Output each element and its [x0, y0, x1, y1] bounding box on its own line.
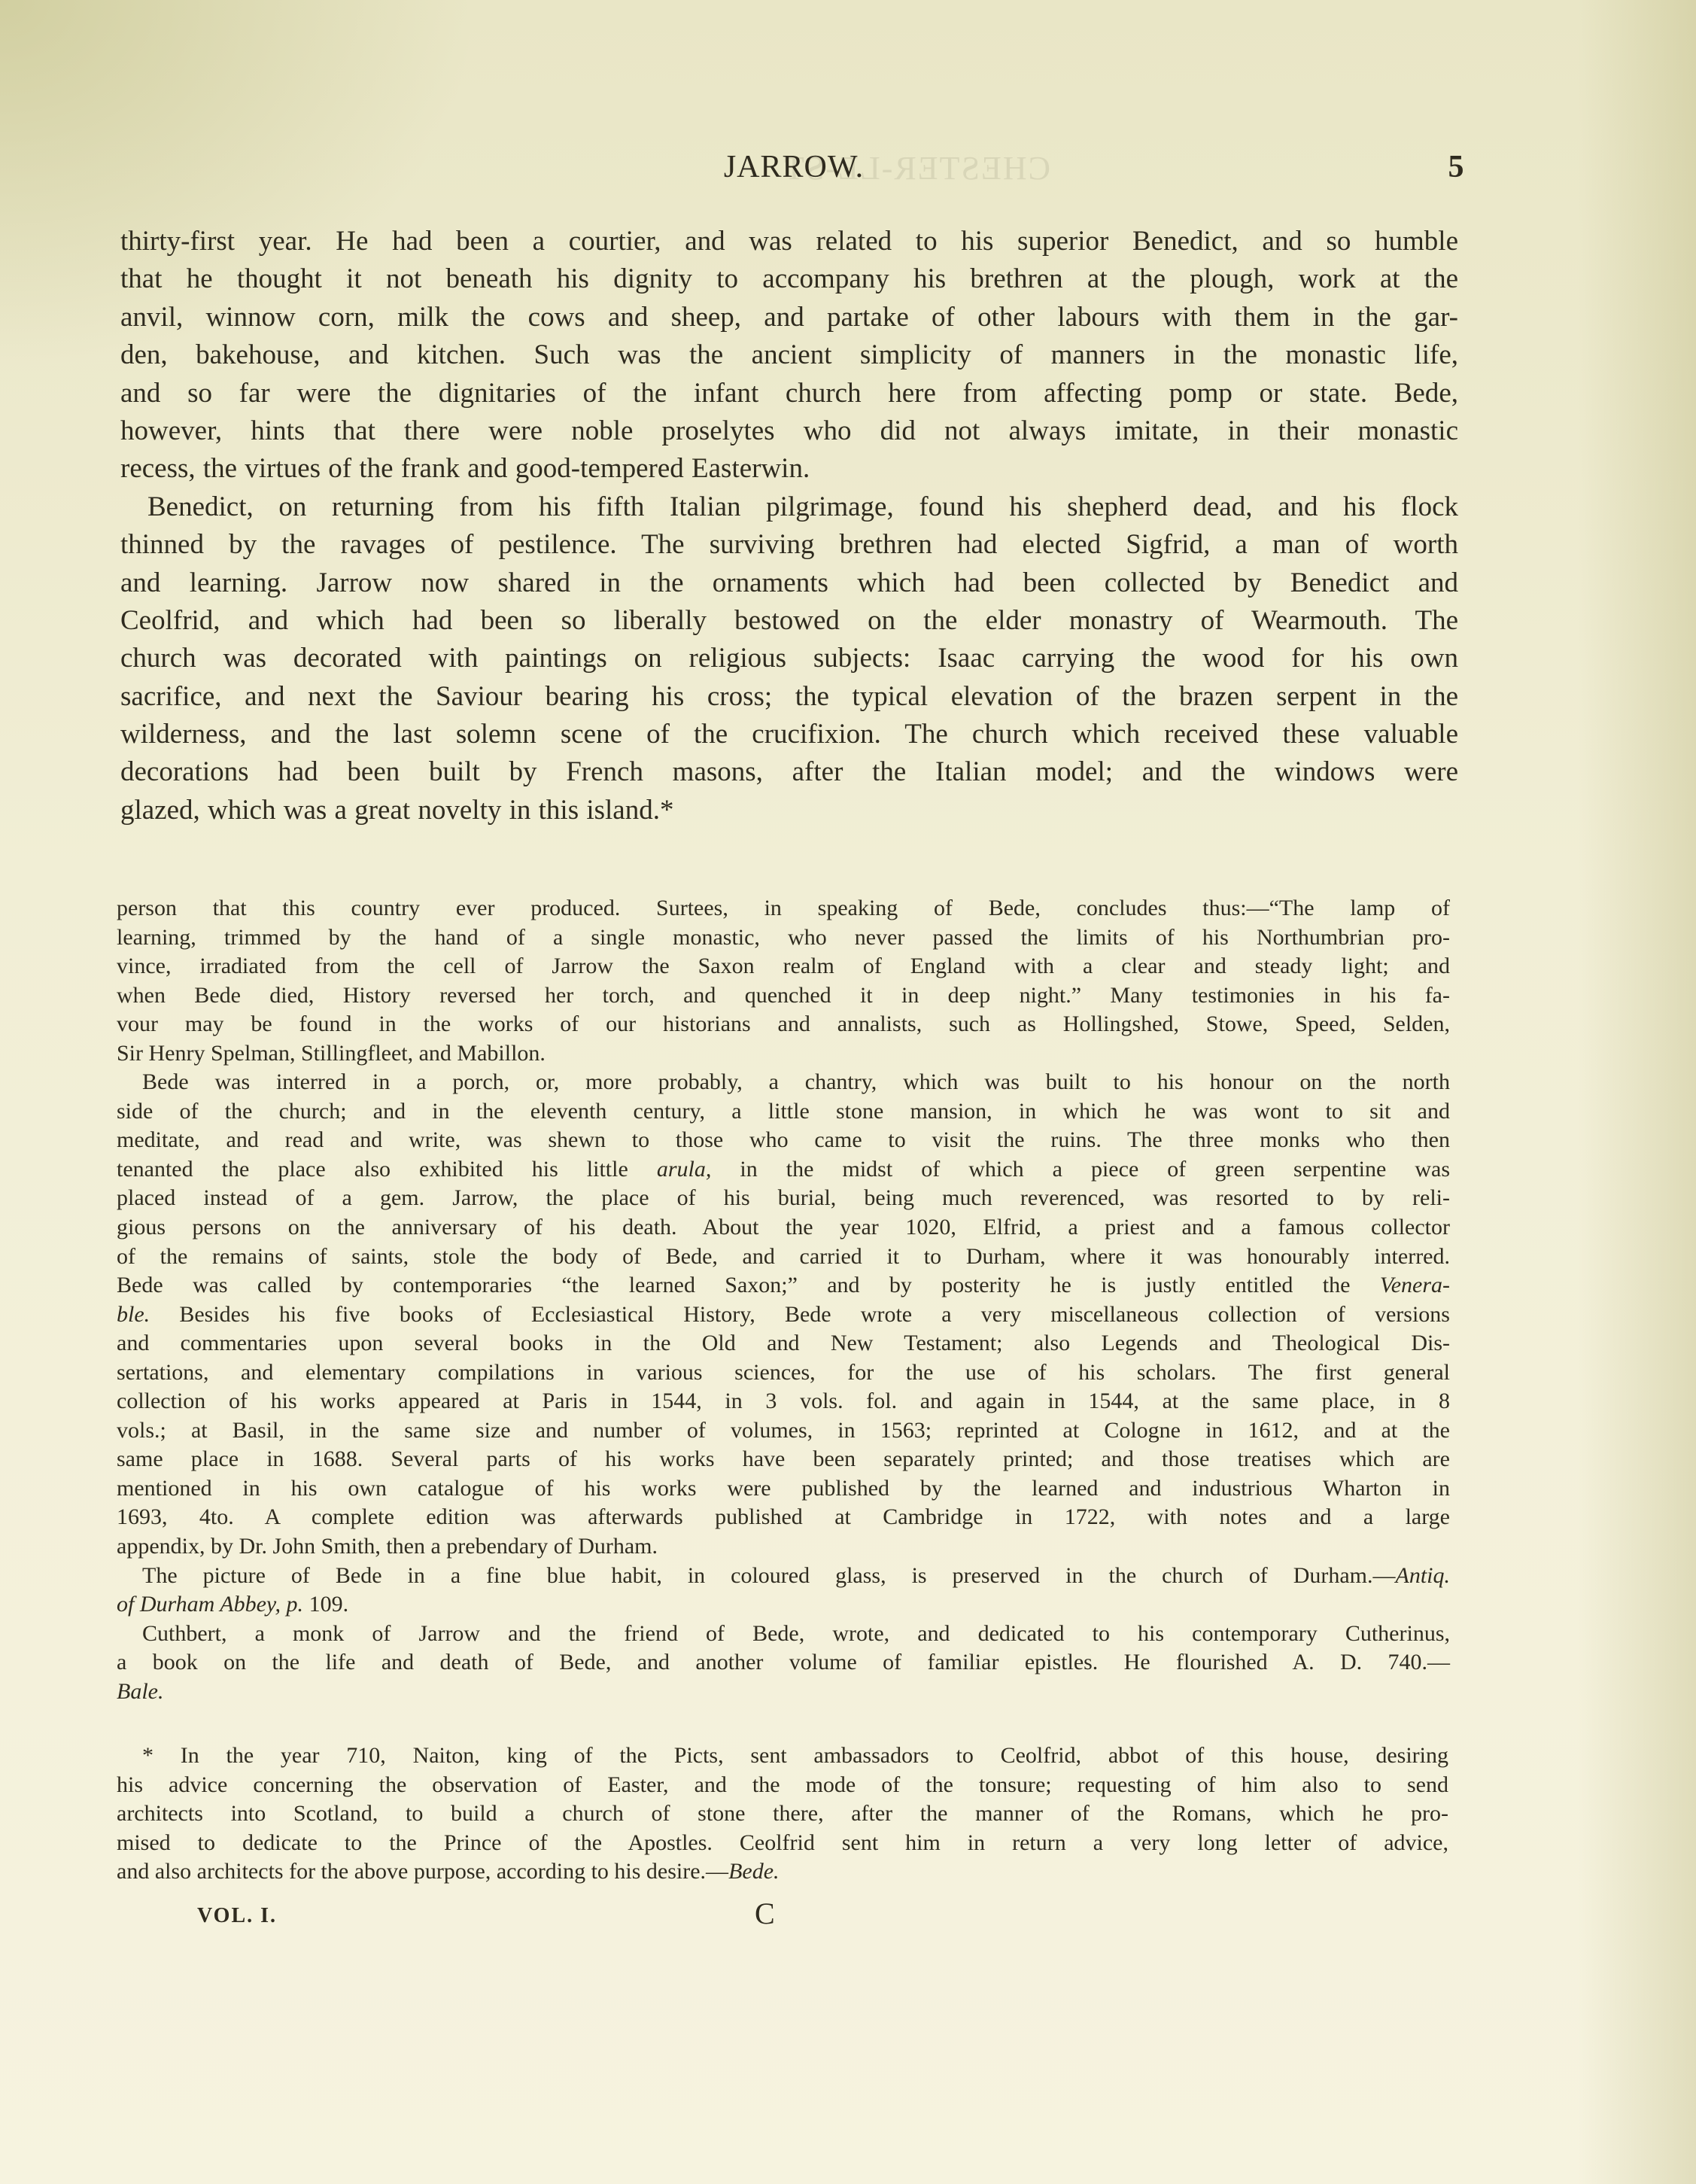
note-line: vince, irradiated from the cell of Jarro… [117, 952, 1450, 981]
note-line: and commentaries upon several books in t… [117, 1329, 1450, 1358]
note-line: placed instead of a gem. Jarrow, the pla… [117, 1184, 1450, 1213]
signature-mark: C [755, 1895, 775, 1933]
note-line: side of the church; and in the eleventh … [117, 1097, 1450, 1127]
note-line: person that this country ever produced. … [117, 894, 1450, 923]
note-line: sertations, and elementary compilations … [117, 1358, 1450, 1388]
book-page: CHESTER-LE-ST JARROW. 5 thirty-first yea… [0, 0, 1696, 2184]
citation-durham-abbey: of Durham Abbey, p. [117, 1592, 303, 1617]
page-footer: VOL. I. C [0, 1900, 1696, 1933]
volume-mark: VOL. I. [197, 1900, 277, 1933]
main-text: thirty-first year. He had been a courtie… [120, 223, 1458, 829]
note-line: same place in 1688. Several parts of his… [117, 1445, 1450, 1474]
text-line: Ceolfrid, and which had been so liberall… [120, 602, 1458, 640]
running-title: JARROW. [711, 148, 877, 187]
note-line: vour may be found in the works of our hi… [117, 1010, 1450, 1039]
note-line: of the remains of saints, stole the body… [117, 1243, 1450, 1272]
citation-bede: Bede. [728, 1859, 779, 1884]
italic-venerable-part1: Venera- [1380, 1273, 1450, 1297]
citation-page: 109. [303, 1592, 348, 1617]
note-text: Bede was called by contemporaries “the l… [117, 1273, 1380, 1297]
note-line: architects into Scotland, to build a chu… [117, 1799, 1448, 1829]
text-line: and so far were the dignitaries of the i… [120, 375, 1458, 412]
note-line: appendix, by Dr. John Smith, then a preb… [117, 1532, 1450, 1562]
text-line: den, bakehouse, and kitchen. Such was th… [120, 336, 1458, 374]
text-line: thirty-first year. He had been a courtie… [120, 223, 1458, 260]
note-text: in the midst of which a piece of green s… [711, 1157, 1450, 1182]
note-line: mentioned in his own catalogue of his wo… [117, 1474, 1450, 1504]
note-line: Sir Henry Spelman, Stillingfleet, and Ma… [117, 1039, 1450, 1069]
note-line: his advice concerning the observation of… [117, 1771, 1448, 1800]
continued-footnote: person that this country ever produced. … [117, 894, 1450, 1706]
note-paragraph-start: The picture of Bede in a fine blue habit… [117, 1562, 1450, 1591]
italic-venerable-part2: ble. [117, 1302, 150, 1327]
note-line: ble. Besides his five books of Ecclesias… [117, 1300, 1450, 1330]
citation-bale: Bale. [117, 1679, 163, 1704]
text-line: however, hints that there were noble pro… [120, 412, 1458, 450]
note-line: vols.; at Basil, in the same size and nu… [117, 1416, 1450, 1446]
note-line: mised to dedicate to the Prince of the A… [117, 1829, 1448, 1858]
text-line: decorations had been built by French mas… [120, 753, 1458, 791]
note-text: and also architects for the above purpos… [117, 1859, 728, 1884]
text-line: wilderness, and the last solemn scene of… [120, 716, 1458, 753]
text-line: recess, the virtues of the frank and goo… [120, 450, 1458, 488]
text-line: thinned by the ravages of pestilence. Th… [120, 526, 1458, 564]
note-line: when Bede died, History reversed her tor… [117, 981, 1450, 1011]
text-line: sacrifice, and next the Saviour bearing … [120, 678, 1458, 716]
note-line: Bale. [117, 1678, 1450, 1707]
citation-antiq: Antiq. [1396, 1563, 1451, 1588]
text-line: anvil, winnow corn, milk the cows and sh… [120, 299, 1458, 336]
note-line: gious persons on the anniversary of his … [117, 1213, 1450, 1243]
note-line: a book on the life and death of Bede, an… [117, 1648, 1450, 1678]
paragraph-start-line: Benedict, on returning from his fifth It… [120, 488, 1458, 526]
note-line: and also architects for the above purpos… [117, 1857, 1448, 1887]
note-line: meditate, and read and write, was shewn … [117, 1126, 1450, 1155]
note-paragraph-start: Cuthbert, a monk of Jarrow and the frien… [117, 1620, 1450, 1649]
note-text: The picture of Bede in a fine blue habit… [142, 1563, 1396, 1588]
note-line: learning, trimmed by the hand of a singl… [117, 923, 1450, 953]
note-line: collection of his works appeared at Pari… [117, 1387, 1450, 1416]
text-line: and learning. Jarrow now shared in the o… [120, 564, 1458, 602]
note-text: Besides his five books of Ecclesiastical… [150, 1302, 1450, 1327]
note-line: tenanted the place also exhibited his li… [117, 1155, 1450, 1185]
note-line: of Durham Abbey, p. 109. [117, 1590, 1450, 1620]
text-line: that he thought it not beneath his digni… [120, 260, 1458, 298]
note-text: tenanted the place also exhibited his li… [117, 1157, 657, 1182]
note-line: Bede was called by contemporaries “the l… [117, 1271, 1450, 1300]
note-line: 1693, 4to. A complete edition was afterw… [117, 1503, 1450, 1532]
running-head: JARROW. 5 [0, 148, 1696, 187]
text-line-with-footnote-mark: glazed, which was a great novelty in thi… [120, 792, 1458, 829]
italic-term-arula: arula, [657, 1157, 712, 1182]
asterisk-footnote: * In the year 710, Naiton, king of the P… [117, 1741, 1448, 1887]
text-line: church was decorated with paintings on r… [120, 640, 1458, 677]
note-paragraph-start: Bede was interred in a porch, or, more p… [117, 1068, 1450, 1097]
note-paragraph-start: * In the year 710, Naiton, king of the P… [117, 1741, 1448, 1771]
page-number: 5 [1441, 148, 1471, 187]
